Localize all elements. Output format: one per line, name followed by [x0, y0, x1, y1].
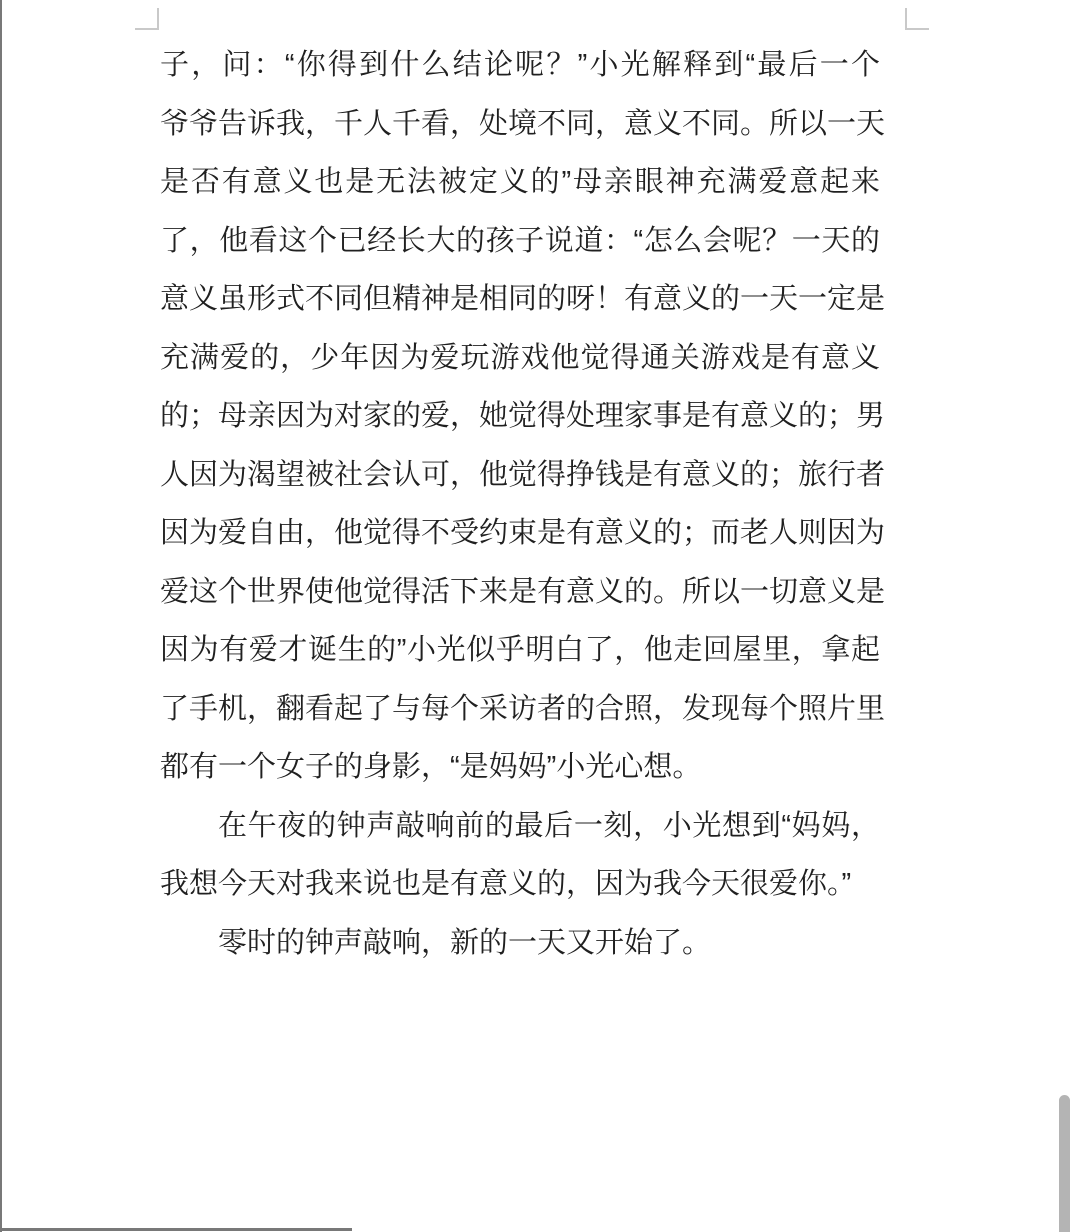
page-bottom-edge-line: [2, 1228, 352, 1231]
text-line: 爱这个世界使他觉得活下来是有意义的。所以一切意义是: [160, 563, 880, 622]
text-line: 子，问：“你得到什么结论呢？”小光解释到“最后一个: [160, 36, 880, 95]
text-line: 的；母亲因为对家的爱，她觉得处理家事是有意义的；男: [160, 387, 880, 446]
page-left-edge-line: [0, 0, 2, 1232]
vertical-scrollbar-thumb[interactable]: [1059, 1095, 1070, 1232]
text-line: 充满爱的，少年因为爱玩游戏他觉得通关游戏是有意义: [160, 329, 880, 388]
margin-corner-mark-top-right-icon: [905, 8, 929, 30]
text-line: 因为有爱才诞生的”小光似乎明白了，他走回屋里，拿起: [160, 621, 880, 680]
text-line: 人因为渴望被社会认可，他觉得挣钱是有意义的；旅行者: [160, 446, 880, 505]
margin-corner-mark-top-left-icon: [135, 8, 159, 30]
text-line: 在午夜的钟声敲响前的最后一刻，小光想到“妈妈，: [160, 797, 880, 856]
document-text-body: 子，问：“你得到什么结论呢？”小光解释到“最后一个 爷爷告诉我，千人千看，处境不…: [160, 36, 880, 972]
text-line: 爷爷告诉我，千人千看，处境不同，意义不同。所以一天: [160, 95, 880, 154]
text-line: 是否有意义也是无法被定义的”母亲眼神充满爱意起来: [160, 153, 880, 212]
text-line: 了手机，翻看起了与每个采访者的合照，发现每个照片里: [160, 680, 880, 739]
text-line: 零时的钟声敲响，新的一天又开始了。: [160, 914, 880, 973]
text-line: 意义虽形式不同但精神是相同的呀！有意义的一天一定是: [160, 270, 880, 329]
text-line: 我想今天对我来说也是有意义的，因为我今天很爱你。”: [160, 855, 880, 914]
text-line: 都有一个女子的身影，“是妈妈”小光心想。: [160, 738, 880, 797]
text-line: 因为爱自由，他觉得不受约束是有意义的；而老人则因为: [160, 504, 880, 563]
text-line: 了，他看这个已经长大的孩子说道：“怎么会呢？一天的: [160, 212, 880, 271]
